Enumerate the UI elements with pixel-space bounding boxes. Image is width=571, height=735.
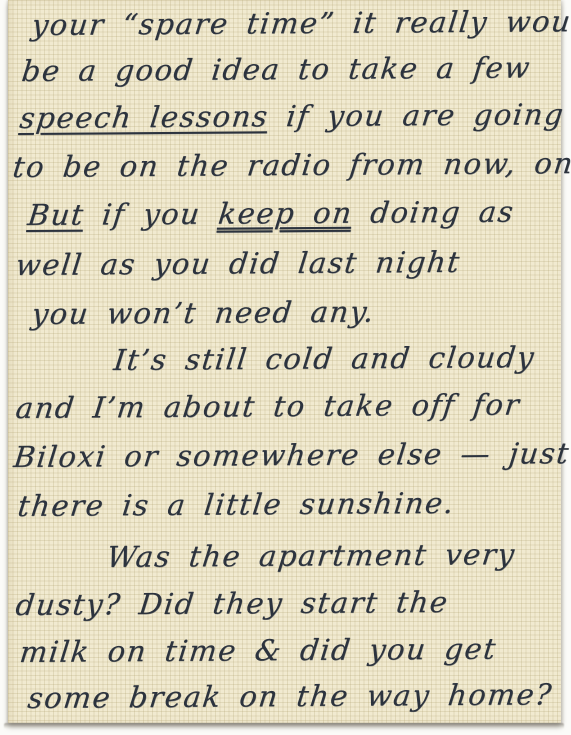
line-text: well as you did last night [14, 245, 463, 282]
line-text: some break on the way home? [26, 677, 555, 715]
handwriting-line: dusty? Did they start the [14, 585, 451, 622]
handwriting-line: and I’m about to take off for [14, 387, 522, 425]
underlined-text: But [26, 198, 86, 232]
line-text: you won’t need any. [30, 295, 377, 331]
scanned-letter: your “spare time” it really would be a g… [0, 0, 571, 735]
handwriting-line: speech lessons if you are going [18, 97, 566, 135]
line-text: if you are going [267, 97, 567, 133]
paper-bottom-edge-shadow [4, 723, 564, 729]
line-text: milk on time & did you get [18, 632, 499, 669]
line-text: Was the apartment very [105, 537, 518, 574]
line-text: Biloxi or somewhere else — just so [12, 436, 571, 474]
line-text: dusty? Did they start the [14, 585, 451, 622]
handwriting-line: some break on the way home? [26, 677, 555, 715]
line-text: and I’m about to take off for [14, 387, 522, 425]
handwriting-line: Was the apartment very [105, 537, 518, 574]
line-text: your “spare time” it really would [30, 4, 571, 42]
handwriting-line: there is a little sunshine. [16, 486, 457, 523]
handwriting-line: be a good idea to take a few [20, 50, 533, 88]
handwriting-line: well as you did last night [14, 245, 463, 282]
handwriting-line: Biloxi or somewhere else — just so [12, 436, 571, 474]
handwriting-line: milk on time & did you get [18, 632, 499, 669]
line-text: doing as [351, 195, 517, 230]
handwriting-line: But if you keep on doing as [26, 195, 516, 232]
handwriting-line: It’s still cold and cloudy [112, 340, 537, 377]
handwriting-line: you won’t need any. [30, 295, 377, 331]
line-text: to be on the radio from now, on — [11, 146, 571, 184]
letter-page: your “spare time” it really would be a g… [8, 0, 561, 723]
line-text: be a good idea to take a few [20, 50, 533, 88]
line-text: if you [83, 197, 221, 232]
handwriting-line: to be on the radio from now, on — [11, 146, 571, 184]
line-text: It’s still cold and cloudy [112, 340, 537, 377]
line-text: there is a little sunshine. [16, 486, 457, 523]
underlined-text: speech lessons [18, 99, 271, 135]
double-underlined-text: keep on [217, 196, 355, 231]
handwriting-line: your “spare time” it really would [30, 4, 571, 42]
